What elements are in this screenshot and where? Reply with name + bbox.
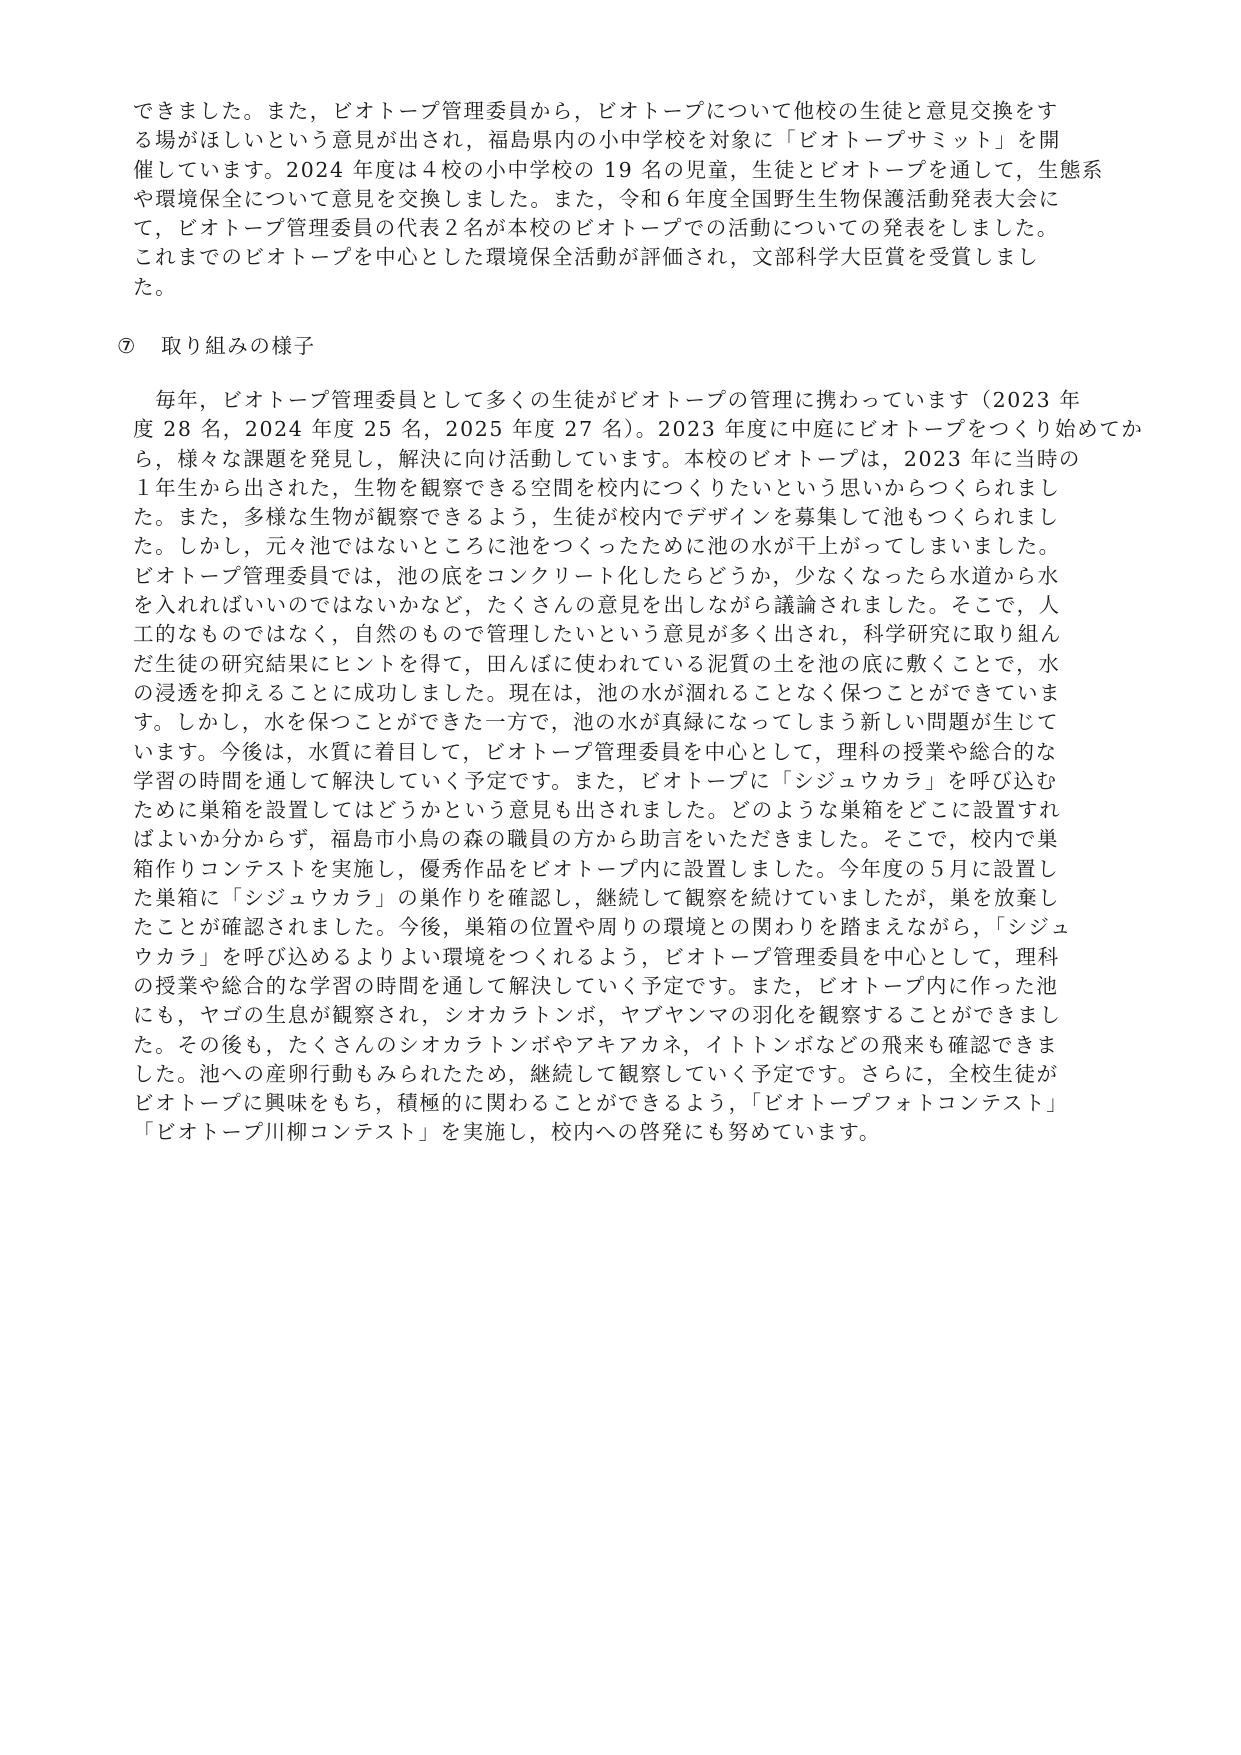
- text-line: ら，様々な課題を発見し，解決に向け活動しています。本校のビオトープは，2023 …: [133, 445, 1123, 474]
- text-line: 毎年，ビオトープ管理委員として多くの生徒がビオトープの管理に携わっています（20…: [133, 386, 1123, 415]
- paragraph-activities: 毎年，ビオトープ管理委員として多くの生徒がビオトープの管理に携わっています（20…: [133, 386, 1123, 1148]
- text-line: 箱作りコンテストを実施し，優秀作品をビオトープ内に設置しました。今年度の５月に設…: [133, 855, 1123, 884]
- section-heading: ⑦取り組みの様子: [117, 332, 316, 361]
- section-number: ⑦: [117, 332, 161, 361]
- text-line: 度 28 名，2024 年度 25 名，2025 年度 27 名）。2023 年…: [133, 415, 1123, 444]
- text-line: 催しています。2024 年度は４校の小中学校の 19 名の児童，生徒とビオトープ…: [133, 156, 1123, 185]
- text-line: ウカラ」を呼び込めるよりよい環境をつくれるよう，ビオトープ管理委員を中心として，…: [133, 943, 1123, 972]
- text-line: １年生から出された，生物を観察できる空間を校内につくりたいという思いからつくられ…: [133, 474, 1123, 503]
- text-line: た。しかし，元々池ではないところに池をつくったために池の水が干上がってしまいまし…: [133, 532, 1123, 561]
- text-line: 「ビオトープ川柳コンテスト」を実施し，校内への啓発にも努めています。: [133, 1118, 1123, 1147]
- section-title: 取り組みの様子: [161, 334, 316, 358]
- text-line: を入れればいいのではないかなど，たくさんの意見を出しながら議論されました。そこで…: [133, 591, 1123, 620]
- text-line: ビオトープ管理委員では，池の底をコンクリート化したらどうか，少なくなったら水道か…: [133, 562, 1123, 591]
- text-line: 学習の時間を通して解決していく予定です。また，ビオトープに「シジュウカラ」を呼び…: [133, 767, 1123, 796]
- text-line: だ生徒の研究結果にヒントを得て，田んぼに使われている泥質の土を池の底に敷くことで…: [133, 650, 1123, 679]
- text-line: た。: [133, 273, 1123, 302]
- text-line: の浸透を抑えることに成功しました。現在は，池の水が涸れることなく保つことができて…: [133, 679, 1123, 708]
- text-line: す。しかし，水を保つことができた一方で，池の水が真緑になってしまう新しい問題が生…: [133, 708, 1123, 737]
- paragraph-biotope-summit: できました。また，ビオトープ管理委員から，ビオトープについて他校の生徒と意見交換…: [133, 97, 1123, 302]
- text-line: の授業や総合的な学習の時間を通して解決していく予定です。また，ビオトープ内に作っ…: [133, 972, 1123, 1001]
- text-line: ビオトープに興味をもち，積極的に関わることができるよう，「ビオトープフォトコンテ…: [133, 1089, 1123, 1118]
- text-line: にも，ヤゴの生息が観察され，シオカラトンボ，ヤブヤンマの羽化を観察することができ…: [133, 1001, 1123, 1030]
- text-line: できました。また，ビオトープ管理委員から，ビオトープについて他校の生徒と意見交換…: [133, 97, 1123, 126]
- text-line: これまでのビオトープを中心とした環境保全活動が評価され，文部科学大臣賞を受賞しま…: [133, 243, 1123, 272]
- text-line: ばよいか分からず，福島市小鳥の森の職員の方から助言をいただきました。そこで，校内…: [133, 825, 1123, 854]
- text-line: たことが確認されました。今後，巣箱の位置や周りの環境との関わりを踏まえながら，「…: [133, 913, 1123, 942]
- text-line: た。その後も，たくさんのシオカラトンボやアキアカネ，イトトンボなどの飛来も確認で…: [133, 1031, 1123, 1060]
- text-line: や環境保全について意見を交換しました。また，令和６年度全国野生生物保護活動発表大…: [133, 185, 1123, 214]
- document-page: できました。また，ビオトープ管理委員から，ビオトープについて他校の生徒と意見交換…: [0, 0, 1241, 1755]
- text-line: した。池への産卵行動もみられたため，継続して観察していく予定です。さらに，全校生…: [133, 1060, 1123, 1089]
- text-line: 工的なものではなく，自然のもので管理したいという意見が多く出され，科学研究に取り…: [133, 620, 1123, 649]
- text-line: て，ビオトープ管理委員の代表２名が本校のビオトープでの活動についての発表をしまし…: [133, 214, 1123, 243]
- text-line: ために巣箱を設置してはどうかという意見も出されました。どのような巣箱をどこに設置…: [133, 796, 1123, 825]
- text-line: る場がほしいという意見が出され，福島県内の小中学校を対象に「ビオトープサミット」…: [133, 126, 1123, 155]
- text-line: た。また，多様な生物が観察できるよう，生徒が校内でデザインを募集して池もつくられ…: [133, 503, 1123, 532]
- text-line: た巣箱に「シジュウカラ」の巣作りを確認し，継続して観察を続けていましたが，巣を放…: [133, 884, 1123, 913]
- text-line: います。今後は，水質に着目して，ビオトープ管理委員を中心として，理科の授業や総合…: [133, 738, 1123, 767]
